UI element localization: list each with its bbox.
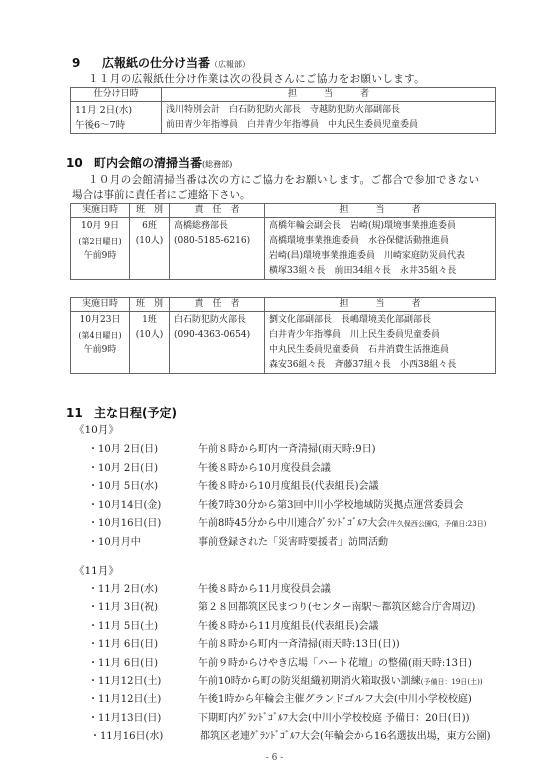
section-9-intro: １１月の広報紙仕分け作業は次の役員さんにご協力をお願いします。 [88, 71, 425, 86]
sorting-duty-table: 仕分け日時 担 当 者 11月 2日(水) 午後6〜7時 浅川特別会計 白石防犯… [70, 87, 496, 134]
duty-staff-line: 浅川特別会計 白石防犯防火部長 寺越防犯防火部副部長 [166, 103, 491, 118]
staff-line: 高橋環境事業推進委員 水谷保健活動推進員 [269, 234, 491, 249]
duty-date: 11月 2日(水) [75, 103, 157, 118]
staff-line: 高橋年輪会副会長 岩崎(規)環境事業推進委員 [269, 219, 491, 234]
staff-line: 中丸民生委員児童委員 石井消費生活推進員 [269, 343, 491, 358]
month-label-october: 《10月》 [74, 422, 119, 437]
col-header-group: 班 別 [130, 204, 170, 218]
group-size: (10人) [134, 234, 165, 249]
leader-phone: (080-5185-6216) [174, 234, 260, 249]
col-header-staff: 担 当 者 [162, 88, 496, 102]
col-header-group: 班 別 [130, 298, 170, 312]
schedule-item: ・10月 2日(日)午前８時から町内一斉清掃(雨天時:9日) [88, 440, 376, 455]
table-row: 10月23日 (第4日曜日) 午前9時 1班 (10人) 白石防犯防火部長 (0… [71, 312, 496, 374]
schedule-item: ・11月12日(土)午後1時から年輪会主催グランドゴルフ大会(中川小学校校庭) [88, 690, 472, 705]
schedule-item: ・11月 3日(祝)第２８回都筑区民まつり(センター南駅〜都筑区総合庁舎周辺) [88, 598, 475, 613]
group-size: (10人) [134, 328, 165, 343]
staff-line: 森安36組々長 斉藤37組々長 小西38組々長 [269, 358, 491, 373]
section-title: 町内会館の清掃当番 [94, 156, 202, 170]
schedule-note: (牛久保西公園G，予備日:23日) [387, 520, 486, 528]
schedule-item: ・11月16日(水)都筑区老連ｸﾞﾗﾝﾄﾞｺﾞﾙﾌ大会(年輪会から16名選抜出場… [90, 727, 491, 742]
schedule-item: ・10月月中事前登録された「災害時要援者」訪問活動 [88, 533, 388, 548]
cleaning-duty-table-1: 実施日時 班 別 責 任 者 担 当 者 10月 9日 (第2日曜日) 午前9時… [70, 203, 496, 280]
table-row: 10月 9日 (第2日曜日) 午前9時 6班 (10人) 高橋総務部長 (080… [71, 218, 496, 280]
section-11-heading: 11主な日程(予定) [66, 404, 177, 421]
cleaning-duty-table-2: 実施日時 班 別 責 任 者 担 当 者 10月23日 (第4日曜日) 午前9時… [70, 297, 496, 374]
duty-time: 午前9時 [75, 343, 125, 358]
table-row: 11月 2日(水) 午後6〜7時 浅川特別会計 白石防犯防火部長 寺越防犯防火部… [71, 102, 496, 134]
duty-time: 午後6〜7時 [75, 118, 157, 133]
col-header-date: 実施日時 [71, 204, 130, 218]
section-dept: (総務部) [202, 160, 232, 169]
section-10-intro-line2: 場合は事前に責任者にご連絡下さい。 [72, 187, 251, 202]
schedule-item: ・10月 2日(日)午後８時から10月度役員会議 [88, 459, 331, 474]
staff-line: 横塚33組々長 前田34組々長 永井35組々長 [269, 264, 491, 279]
duty-staff-line: 前田青少年指導員 白井青少年指導員 中丸民生委員児童委員 [166, 118, 491, 133]
section-number: 10 [66, 156, 94, 170]
section-title: 広報紙の仕分け当番 [102, 56, 210, 70]
section-10-intro-line1: １０月の会館清掃当番は次の方にご協力をお願いします。ご都合で参加できない [88, 172, 480, 187]
schedule-item: ・11月 5日(土)午後８時から11月度組長(代表組長)会議 [88, 617, 379, 632]
schedule-item: ・11月 6日(日)午前８時から町内一斉清掃(雨天時:13日(日)) [88, 635, 400, 650]
section-number: 11 [66, 406, 94, 420]
duty-weekday: (第4日曜日) [75, 328, 125, 343]
schedule-note: (予備日：19日(土)) [421, 678, 483, 686]
schedule-item: ・11月 6日(日)午前９時からけやき広場「ハート花壇」の整備(雨天時:13日) [88, 654, 472, 669]
section-title: 主な日程(予定) [94, 406, 177, 420]
schedule-item: ・11月 2日(水)午後８時から11月度役員会議 [88, 580, 331, 595]
section-9-heading: 9広報紙の仕分け当番（広報部） [72, 54, 250, 71]
group-name: 1班 [134, 313, 165, 328]
duty-time: 午前9時 [75, 249, 125, 264]
col-header-staff: 担 当 者 [265, 298, 496, 312]
leader-name: 高橋総務部長 [174, 219, 260, 234]
staff-line: 岩崎(昌)環境事業推進委員 川崎家庭防災員代表 [269, 249, 491, 264]
section-10-heading: 10町内会館の清掃当番(総務部) [66, 154, 232, 171]
col-header-date: 仕分け日時 [71, 88, 162, 102]
col-header-staff: 担 当 者 [265, 204, 496, 218]
staff-line: 白井青少年指導員 川上民生委員児童委員 [269, 328, 491, 343]
col-header-leader: 責 任 者 [170, 204, 265, 218]
duty-weekday: (第2日曜日) [75, 234, 125, 249]
duty-date: 10月 9日 [75, 219, 125, 234]
staff-line: 劉文化部副部長 長嶋環境美化部副部長 [269, 313, 491, 328]
schedule-item: ・10月 5日(水)午後８時から10月度組長(代表組長)会議 [88, 477, 379, 492]
section-dept: （広報部） [210, 60, 250, 69]
page-number: - 6 - [0, 753, 549, 763]
schedule-item: ・11月13日(日)下期町内ｸﾞﾗﾝﾄﾞｺﾞﾙﾌ大会(中川小学校校庭 予備日：2… [88, 709, 470, 724]
leader-phone: (090-4363-0654) [174, 328, 260, 343]
col-header-date: 実施日時 [71, 298, 130, 312]
schedule-item: ・10月16日(日)午前8時45分から中川連合ｸﾞﾗﾝﾄﾞｺﾞﾙﾌ大会(牛久保西… [88, 514, 486, 529]
col-header-leader: 責 任 者 [170, 298, 265, 312]
schedule-item: ・11月12日(土)午前10時から町の防災組織初期消火箱取扱い訓練(予備日：19… [88, 672, 483, 687]
month-label-november: 《11月》 [74, 563, 119, 578]
group-name: 6班 [134, 219, 165, 234]
schedule-item: ・10月14日(金)午後7時30分から第3回中川小学校地域防災拠点運営委員会 [88, 496, 463, 511]
duty-date: 10月23日 [75, 313, 125, 328]
leader-name: 白石防犯防火部長 [174, 313, 260, 328]
section-number: 9 [72, 56, 102, 70]
